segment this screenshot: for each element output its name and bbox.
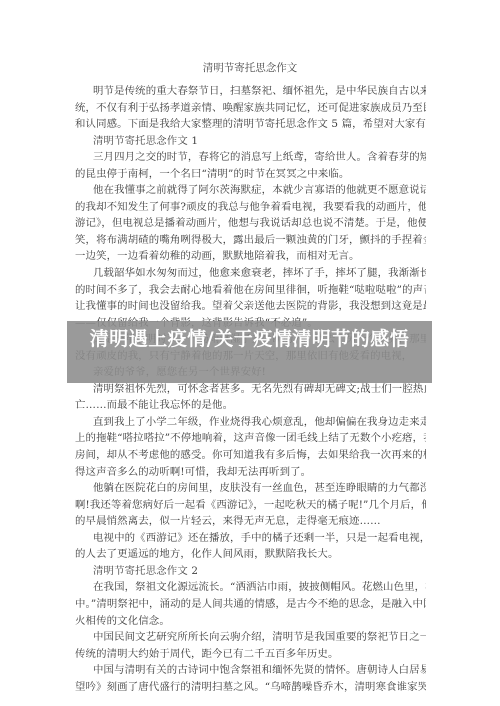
paragraph-line: 电视中的《西游记》还在播放，手中的橘子还剩一半，只是一起看电视，一起吃橘子 xyxy=(75,530,426,547)
paragraph-line: 房间，却从不考虑他的感受。你可知道我有多后悔，去如果给我一次再来的机会，我会觉 xyxy=(75,447,426,464)
paragraph-line: 啊!我还等着您病好后一起看《西游记》，一起吃秋天的橘子呢!”几个月后，他在一个安… xyxy=(75,497,426,514)
paragraph-line: 他在我懂事之前就得了阿尔茨海默症，本就少言寡语的他就更不愿意说话了，而幼小 xyxy=(75,182,426,199)
paragraph-line: 统，不仅有利于弘扬孝道亲情、唤醒家族共同记忆，还可促进家族成员乃至民族的凝聚力 xyxy=(75,100,426,117)
paragraph-line: 三月四月之交的时节，春将它的消息写上纸鸢，寄给世人。含着春芽的矮树上，各色 xyxy=(75,149,426,166)
paragraph-line: 他躺在医院花白的房间里，皮肤没有一丝血色，甚至连睁眼睛的力气都没有。“您起来 xyxy=(75,480,426,497)
paragraph-line: 笑，将布满胡碴的嘴角咧得极大，露出最后一颗浊黄的门牙，颤抖的手捏着金黄的橘子， xyxy=(75,232,426,249)
paragraph-line: 亡……而最不能让我忘怀的是他。 xyxy=(75,397,426,414)
document-title: 清明节寄托思念作文 xyxy=(0,60,500,76)
paragraph-line: 和认同感。下面是我给大家整理的清明节寄托思念作文 5 篇，希望对大家有所帮助。 xyxy=(75,116,426,133)
article-title[interactable]: 清明遇上疫情/关于疫情清明节的感悟 xyxy=(67,327,432,351)
paragraph-line: 中。”清明祭祀中，涌动的是人间共通的情感，是古今不绝的思念，是融入中国人血脉、薪 xyxy=(75,596,426,613)
section-heading: 清明节寄托思念作文 1 xyxy=(75,133,426,150)
paragraph-line: 直到我上了小学二年级，作业烧得我心烦意乱，他却偏偏在我身边走来走去，因为脚 xyxy=(75,414,426,431)
paragraph-line: 的昆虫停于南柯，一个名曰“清明”的时节在冥冥之中来临。 xyxy=(75,166,426,183)
section-heading: 清明节寄托思念作文 2 xyxy=(75,563,426,580)
paragraph-line: 传统的清明大约始于周代，距今已有二千五百多年历史。 xyxy=(75,646,426,663)
paragraph-line: 在我国，祭祖文化源远流长。“洒洒沾巾雨，披披侧帽风。花燃山色里，柳卧水声 xyxy=(75,579,426,596)
article-title-banner[interactable]: 清明遇上疫情/关于疫情清明节的感悟 xyxy=(67,321,432,383)
paragraph-line: 游记》，但电视总是播着动画片，他想与我说话却总也说不清楚。于是，他便对着我呆呆地 xyxy=(75,215,426,232)
paragraph-line: 上的拖鞋“嗒拉嗒拉”不停地响着，这声音像一团毛线上结了无数个小疙瘩，我总将他赶出 xyxy=(75,430,426,447)
paragraph-line: 明节是传统的重大春祭节日，扫墓祭祀、缅怀祖先，是中华民族自古以来的优良传 xyxy=(75,83,426,100)
paragraph-line: 的人去了更遥远的地方，化作人间风雨，默默陪我长大。 xyxy=(75,546,426,563)
paragraph-line: 望吟》刻画了唐代盛行的清明扫墓之风。“乌啼鹊噪昏乔木，清明寒食谁家哭。风吹旷野纸 xyxy=(75,679,426,696)
document-body: 明节是传统的重大春祭节日，扫墓祭祀、缅怀祖先，是中华民族自古以来的优良传统，不仅… xyxy=(75,83,426,695)
paragraph-line: 的早晨悄然离去，似一片轻云，来得无声无息，走得毫无痕迹…… xyxy=(75,513,426,530)
paragraph-line: 几载韶华如水匆匆而过，他愈来愈衰老，摔坏了手，摔坏了腿，我渐渐长大，明白他 xyxy=(75,265,426,282)
paragraph-line: 一边笑，一边看着幼稚的动画，默默地陪着我，而相对无言。 xyxy=(75,248,426,265)
paragraph-line: 的我却不知发生了何事?顽皮的我总与他争着看电视，我要看我的动画片，他要看他的《西 xyxy=(75,199,426,216)
document-page: 清明节寄托思念作文 明节是传统的重大春祭节日，扫墓祭祀、缅怀祖先，是中华民族自古… xyxy=(0,0,500,706)
paragraph-line: 火相传的文化信念。 xyxy=(75,613,426,630)
paragraph-line: 让我懂事的时间也没留给我。望着父亲送他去医院的背影，我没想到这竟是最后一次目送 xyxy=(75,298,426,315)
paragraph-line: 中国与清明有关的古诗词中饱含祭祖和缅怀先贤的情怀。唐朝诗人白居易的《寒食野 xyxy=(75,662,426,679)
paragraph-line: 的时间不多了，我会去耐心地看着他在房间里徘徊，听拖鞋“哒啦哒啦”的声音，可是他连 xyxy=(75,282,426,299)
paragraph-line: 得这声音多么的动听啊!可惜，我却无法再听到了。 xyxy=(75,464,426,481)
paragraph-line: 中国民间文艺研究所所长向云驹介绍，清明节是我国重要的祭祀节日之一。中国汉族 xyxy=(75,629,426,646)
paragraph-line: 清明祭祖怀先烈，可怀念者甚多。无名先烈有碑却无碑文;战士们一腔热血为国而 xyxy=(75,381,426,398)
